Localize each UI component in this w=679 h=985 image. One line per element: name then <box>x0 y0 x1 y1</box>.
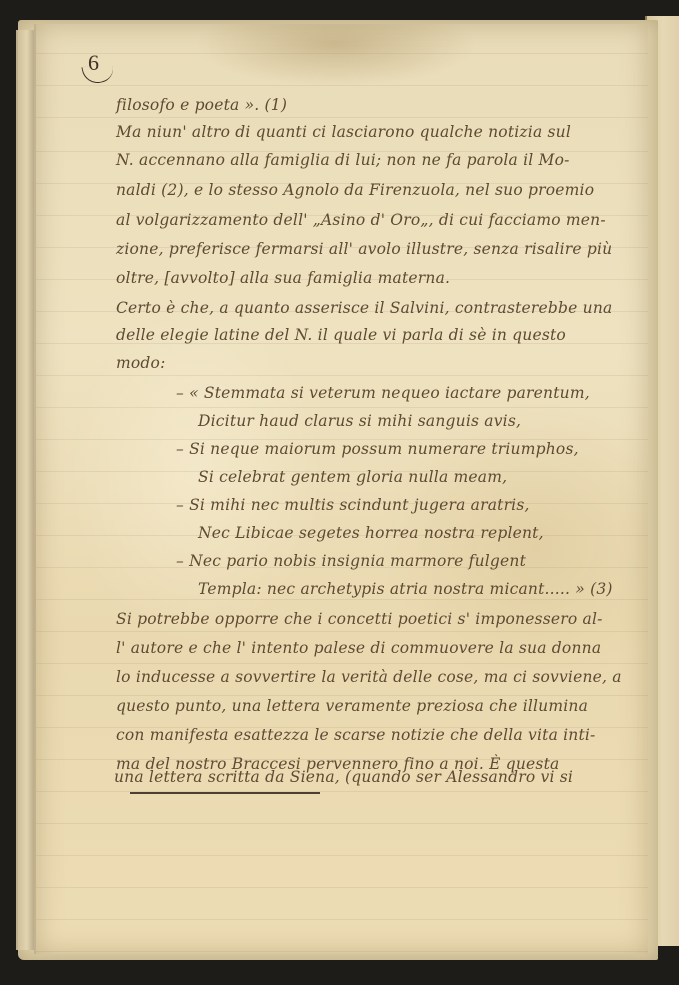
body-line: Si potrebbe opporre che i concetti poeti… <box>116 610 603 628</box>
verse-line: Si celebrat gentem gloria nulla meam, <box>198 468 507 486</box>
verse-line: – Si mihi nec multis scindunt jugera ara… <box>176 496 530 514</box>
footnote-separator <box>130 792 320 794</box>
manuscript-page: 6 filosofo e poeta ». (1) Ma niun' altro… <box>34 24 648 954</box>
page-fold-shadow <box>16 30 34 950</box>
body-line: filosofo e poeta ». (1) <box>116 96 287 114</box>
body-line: una lettera scritta da Siena, (quando se… <box>114 768 573 786</box>
page-number-circle-mark <box>81 61 115 86</box>
body-line: con manifesta esattezza le scarse notizi… <box>116 726 596 744</box>
body-line: Certo è che, a quanto asserisce il Salvi… <box>116 299 612 317</box>
body-line: N. accennano alla famiglia di lui; non n… <box>116 151 570 169</box>
body-line: naldi (2), e lo stesso Agnolo da Firenzu… <box>116 181 594 199</box>
body-line: l' autore e che l' intento palese di com… <box>116 639 601 657</box>
verse-line: Templa: nec archetypis atria nostra mica… <box>198 580 613 598</box>
body-line: modo: <box>116 354 166 372</box>
body-line: questo punto, una lettera veramente prez… <box>116 697 588 715</box>
verse-line: – « Stemmata si veterum nequeo iactare p… <box>176 384 590 402</box>
body-line: Ma niun' altro di quanti ci lasciarono q… <box>116 123 571 141</box>
manuscript-scan: 6 filosofo e poeta ». (1) Ma niun' altro… <box>0 0 679 985</box>
body-line: lo inducesse a sovvertire la verità dell… <box>116 668 622 686</box>
body-line: delle elegie latine del N. il quale vi p… <box>116 326 566 344</box>
body-line: al volgarizzamento dell' „Asino d' Oro„,… <box>116 211 606 229</box>
verse-line: – Si neque maiorum possum numerare trium… <box>176 440 579 458</box>
body-line: oltre, [avvolto] alla sua famiglia mater… <box>116 269 450 287</box>
verse-line: Nec Libicae segetes horrea nostra replen… <box>198 524 544 542</box>
body-line: zione, preferisce fermarsi all' avolo il… <box>116 240 612 258</box>
verse-line: – Nec pario nobis insignia marmore fulge… <box>176 552 526 570</box>
verse-line: Dicitur haud clarus si mihi sanguis avis… <box>198 412 521 430</box>
